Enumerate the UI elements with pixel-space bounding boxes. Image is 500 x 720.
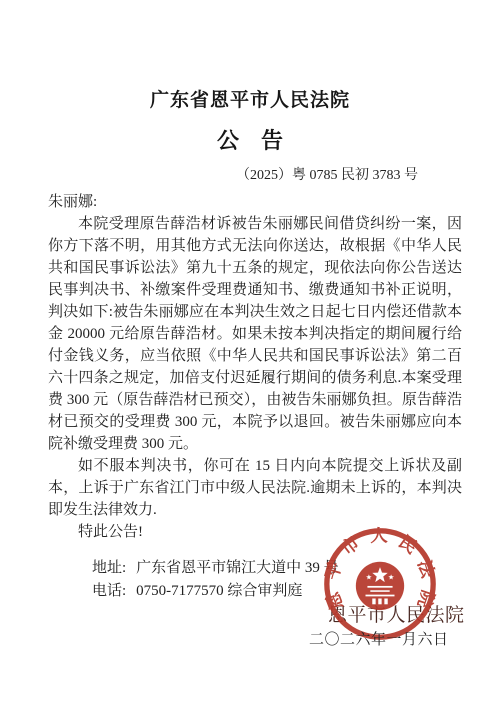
body-paragraph-appeal: 如不服本判决书，你可在 15 日内向本院提交上诉状及副本，上诉于广东省江门市中级… bbox=[48, 455, 462, 521]
body-paragraph-judgment: 本院受理原告薛浩材诉被告朱丽娜民间借贷纠纷一案，因你方下落不明，用其他方式无法向… bbox=[48, 213, 462, 455]
notice-title: 公 告 bbox=[0, 124, 500, 155]
notice-body: 朱丽娜: 本院受理原告薛浩材诉被告朱丽娜民间借贷纠纷一案，因你方下落不明，用其他… bbox=[48, 191, 462, 543]
phone-value: 0750-7177570 综合审判庭 bbox=[136, 583, 302, 599]
case-number: （2025）粤 0785 民初 3783 号 bbox=[0, 164, 418, 184]
court-seal-stamp: 恩平市人民法院 bbox=[322, 526, 438, 642]
address-line: 地址:广东省恩平市锦江大道中 39 号 bbox=[92, 557, 500, 580]
court-notice-page: 广东省恩平市人民法院 公 告 （2025）粤 0785 民初 3783 号 朱丽… bbox=[0, 0, 500, 720]
phone-label: 电话: bbox=[92, 583, 126, 599]
national-emblem-icon bbox=[356, 562, 404, 610]
address-value: 广东省恩平市锦江大道中 39 号 bbox=[136, 560, 339, 576]
contact-block: 地址:广东省恩平市锦江大道中 39 号 电话:0750-7177570 综合审判… bbox=[92, 557, 500, 602]
issue-date: 二〇二六年一月六日 bbox=[309, 628, 449, 649]
court-name-title: 广东省恩平市人民法院 bbox=[0, 85, 500, 112]
recipient-name: 朱丽娜: bbox=[48, 191, 462, 213]
phone-line: 电话:0750-7177570 综合审判庭 bbox=[92, 580, 500, 603]
address-label: 地址: bbox=[92, 560, 126, 576]
